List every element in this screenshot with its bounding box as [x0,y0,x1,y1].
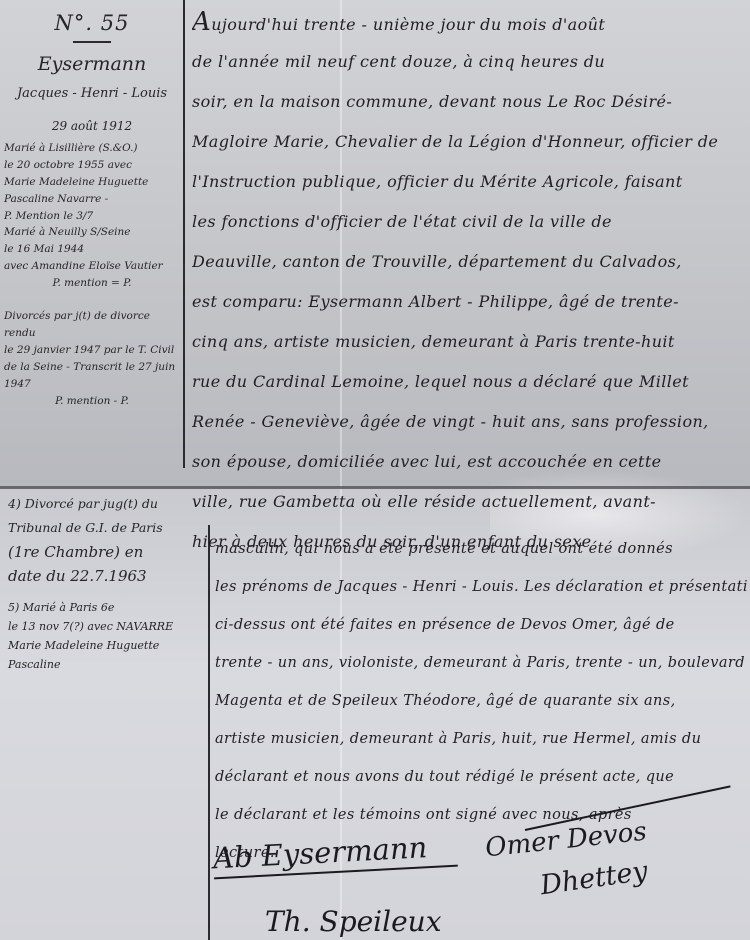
margin-annotations-lower: 4) Divorcé par jug(t) du Tribunal de G.I… [8,492,206,690]
act-line: déclarant et nous avons du tout rédigé l… [215,758,747,796]
signature-block: Ab Eysermann Omer Devos Dhettey Th. Spei… [195,815,750,940]
signature-witness-2: Th. Speileux [265,905,442,938]
act-body-upper: Aujourd'hui trente - unième jour du mois… [192,2,747,562]
act-line: Renée - Geneviève, âgée de vingt - huit … [192,402,747,442]
note-line: de la Seine - Transcrit le 27 juin 1947 [4,359,180,393]
underline-divider [73,41,111,43]
marginal-note-marriage-2: Marié à Neuilly S/Seine le 16 Mai 1944 a… [4,224,180,292]
note-mention: P. Mention le 3/7 [4,208,103,225]
note-line: Marie Madeleine Huguette [8,636,206,655]
note-mention: P. mention - P. [4,393,180,410]
record-number: N°. 55 [4,14,180,33]
note-line: Marié à Neuilly S/Seine [4,224,180,241]
note-line: Pascaline Navarre - [4,191,180,208]
act-line: l'Instruction publique, officier du Méri… [192,162,747,202]
marginal-note-marriage-1: Marié à Lisillière (S.&O.) le 20 octobre… [4,140,180,208]
note-line: Marie Madeleine Huguette [4,174,180,191]
marginal-note-divorce-1: Divorcés par j(t) de divorce rendu le 29… [4,308,180,410]
signature-officer: Dhettey [538,856,649,902]
margin-annotations-upper: N°. 55 Eysermann Jacques - Henri - Louis… [4,10,180,426]
birth-date: 29 août 1912 [4,117,180,136]
act-line: soir, en la maison commune, devant nous … [192,82,747,122]
act-line: son épouse, domiciliée avec lui, est acc… [192,442,747,482]
act-line: masculin, qui nous a été présenté et auq… [215,530,747,568]
act-line: les fonctions d'officier de l'état civil… [192,202,747,242]
margin-rule-upper [183,0,185,468]
act-line: Magenta et de Speileux Théodore, âgé de … [215,682,747,720]
signature-witness-1: Omer Devos [484,817,648,864]
note-line: 5) Marié à Paris 6e [8,598,206,617]
act-line: trente - un ans, violoniste, demeurant à… [215,644,747,682]
child-surname: Eysermann [4,55,180,74]
act-line: ci-dessus ont été faites en présence de … [215,606,747,644]
act-line: Deauville, canton de Trouville, départem… [192,242,747,282]
act-line: les prénoms de Jacques - Henri - Louis. … [215,568,747,606]
note-line: le 13 nov 7(?) avec NAVARRE [8,617,206,636]
note-line: date du 22.7.1963 [8,564,206,588]
note-line: le 29 janvier 1947 par le T. Civil [4,342,180,359]
note-line: le 20 octobre 1955 avec [4,157,180,174]
act-line: ville, rue Gambetta où elle réside actue… [192,482,747,522]
act-line: cinq ans, artiste musicien, demeurant à … [192,322,747,362]
marginal-note-marriage-3: 5) Marié à Paris 6e le 13 nov 7(?) avec … [8,598,206,674]
act-line: Magloire Marie, Chevalier de la Légion d… [192,122,747,162]
note-line: (1re Chambre) en [8,540,206,564]
note-mention: P. mention = P. [4,275,180,292]
act-line: artiste musicien, demeurant à Paris, hui… [215,720,747,758]
child-given-names: Jacques - Henri - Louis [4,84,180,103]
note-line: Divorcés par j(t) de divorce rendu [4,308,180,342]
note-line: Pascaline [8,655,206,674]
marginal-note-divorce-2: 4) Divorcé par jug(t) du Tribunal de G.I… [8,492,206,588]
signature-declarant: Ab Eysermann [212,829,458,880]
act-line: de l'année mil neuf cent douze, à cinq h… [192,42,747,82]
note-line: Tribunal de G.I. de Paris [8,516,206,540]
act-line: rue du Cardinal Lemoine, lequel nous a d… [192,362,747,402]
note-line: le 16 Mai 1944 [4,241,180,258]
note-line: 4) Divorcé par jug(t) du [8,492,206,516]
note-line: avec Amandine Eloïse Vautier [4,258,180,275]
note-line: Marié à Lisillière (S.&O.) [4,140,180,157]
act-line: Aujourd'hui trente - unième jour du mois… [192,2,747,42]
act-line: est comparu: Eysermann Albert - Philippe… [192,282,747,322]
